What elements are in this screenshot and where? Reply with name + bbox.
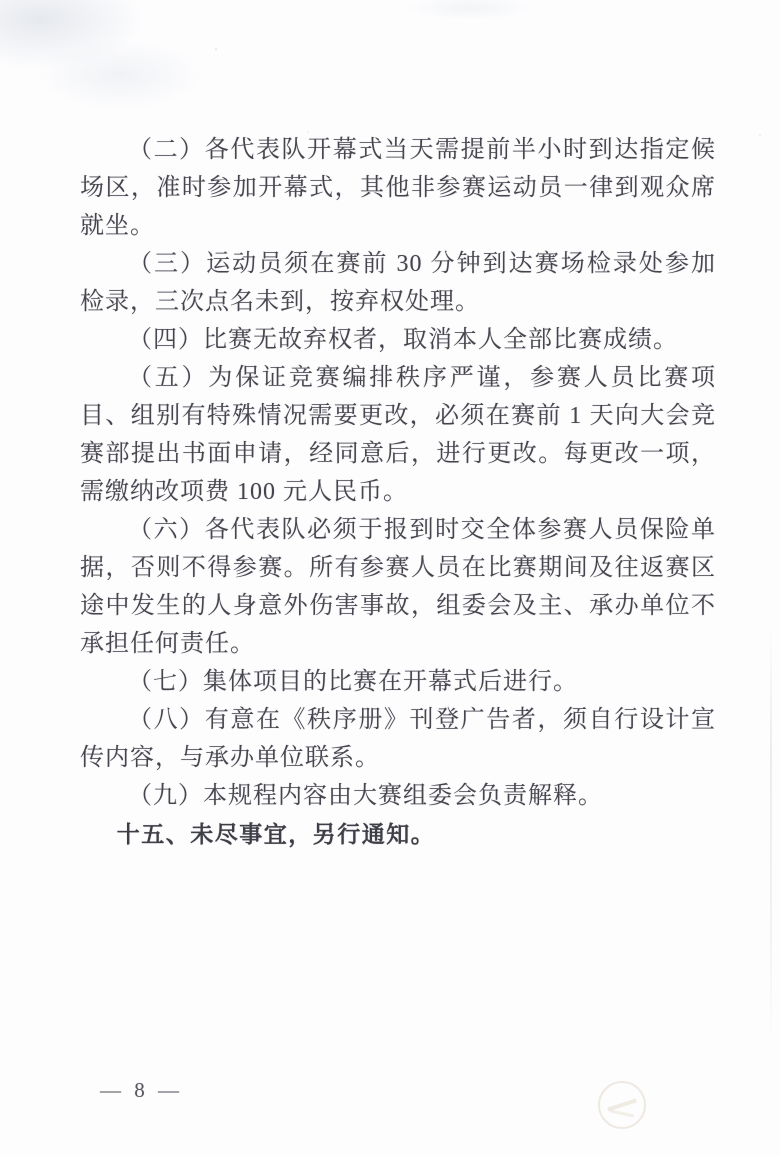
clause-9: （九）本规程内容由大赛组委会负责解释。 <box>80 777 716 815</box>
clause-7: （七）集体项目的比赛在开幕式后进行。 <box>80 663 716 701</box>
clause-3: （三）运动员须在赛前 30 分钟到达赛场检录处参加检录，三次点名未到，按弃权处理… <box>80 245 716 321</box>
stamp-watermark <box>598 1081 646 1129</box>
clause-6: （六）各代表队必须于报到时交全体参赛人员保险单据，否则不得参赛。所有参赛人员在比… <box>80 511 716 663</box>
clause-5: （五）为保证竞赛编排秩序严谨，参赛人员比赛项目、组别有特殊情况需要更改，必须在赛… <box>80 359 716 511</box>
clause-8: （八）有意在《秩序册》刊登广告者，须自行设计宣传内容，与承办单位联系。 <box>80 701 716 777</box>
scan-edge-line <box>770 620 772 1050</box>
section-heading-15: 十五、未尽事宜，另行通知。 <box>80 815 716 853</box>
page-number: — 8 — <box>100 1078 183 1103</box>
document-body: （二）各代表队开幕式当天需提前半小时到达指定候场区，准时参加开幕式，其他非参赛运… <box>80 131 716 853</box>
clause-2: （二）各代表队开幕式当天需提前半小时到达指定候场区，准时参加开幕式，其他非参赛运… <box>80 131 716 245</box>
document-page: （二）各代表队开幕式当天需提前半小时到达指定候场区，准时参加开幕式，其他非参赛运… <box>0 0 780 1155</box>
clause-4: （四）比赛无故弃权者，取消本人全部比赛成绩。 <box>80 321 716 359</box>
scan-specks <box>0 0 2 2</box>
